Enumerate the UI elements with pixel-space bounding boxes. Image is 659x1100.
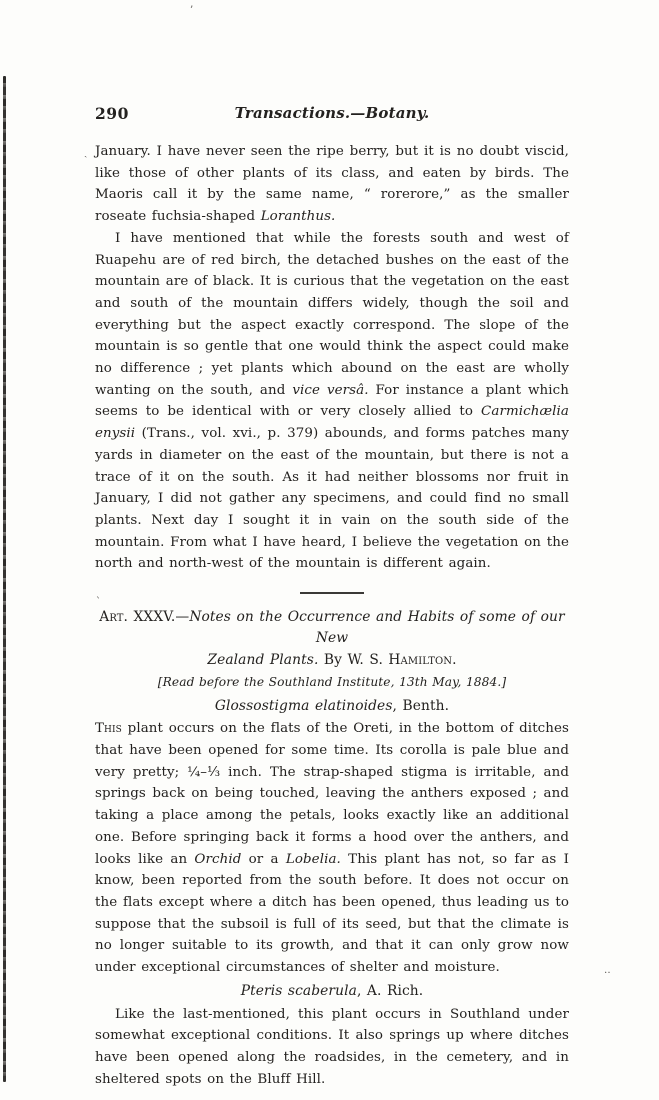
paragraph-glossostigma: This plant occurs on the flats of the Or… bbox=[95, 718, 569, 978]
species-heading-glossostigma: Glossostigma elatinoides, Benth. bbox=[95, 696, 569, 718]
scan-edge-artifact bbox=[3, 76, 6, 1082]
species-name-italic: Glossostigma elatinoides bbox=[215, 698, 393, 714]
paragraph-text: plant occurs on the flats of the Oreti, … bbox=[95, 721, 569, 866]
species-heading-pteris: Pteris scaberula, A. Rich. bbox=[95, 981, 569, 1003]
species-authority: , A. Rich. bbox=[357, 983, 423, 999]
paragraph-ruapehu: I have mentioned that while the forests … bbox=[95, 228, 569, 575]
section-divider-rule bbox=[300, 592, 364, 594]
paragraph-text: (Trans., vol. xvi., p. 379) abounds, and… bbox=[95, 426, 569, 571]
paragraph-text: This plant has not, so far as I know, be… bbox=[95, 852, 569, 976]
latin-phrase-italic: vice versâ. bbox=[292, 383, 368, 398]
article-title-line-1: Art. XXXV.—Notes on the Occurrence and H… bbox=[95, 607, 569, 650]
scan-speck: ’ bbox=[190, 6, 193, 16]
page-header: 290 Transactions.—Botany. bbox=[95, 104, 569, 126]
species-name-italic: Loranthus. bbox=[261, 209, 336, 224]
article-title-line-2: Zealand Plants. By W. S. Hamilton. bbox=[95, 650, 569, 671]
byline: By W. S. bbox=[318, 652, 388, 668]
text-column: 290 Transactions.—Botany. January. I hav… bbox=[95, 104, 569, 1090]
running-title: Transactions.—Botany. bbox=[95, 104, 569, 122]
paragraph-january: January. I have never seen the ripe berr… bbox=[95, 141, 569, 228]
article-title-italic: Notes on the Occurrence and Habits of so… bbox=[189, 609, 564, 646]
scanned-journal-page: ’ ˏ ˋ ‥ 290 Transactions.—Botany. Januar… bbox=[0, 0, 659, 1100]
paragraph-text: Like the last-mentioned, this plant occu… bbox=[95, 1007, 569, 1087]
scan-speck: ‥ bbox=[604, 966, 611, 976]
paragraph-pteris: Like the last-mentioned, this plant occu… bbox=[95, 1004, 569, 1091]
previous-article-continuation: January. I have never seen the ripe berr… bbox=[95, 141, 569, 575]
genus-name-italic: Orchid bbox=[194, 852, 241, 867]
species-authority: , Benth. bbox=[393, 698, 450, 714]
genus-name-italic: Lobelia. bbox=[286, 852, 341, 867]
article-number: Art. XXXV.— bbox=[99, 609, 189, 625]
read-before-note: [Read before the Southland Institute, 13… bbox=[95, 672, 569, 694]
page-number: 290 bbox=[95, 104, 129, 123]
paragraph-text: I have mentioned that while the forests … bbox=[95, 231, 569, 398]
article-title-italic: Zealand Plants. bbox=[207, 652, 318, 668]
article-xxxv: Art. XXXV.—Notes on the Occurrence and H… bbox=[95, 607, 569, 1090]
scan-speck: ˏ bbox=[84, 148, 87, 158]
species-name-italic: Pteris scaberula bbox=[241, 983, 357, 999]
smallcaps-first-word: This bbox=[95, 721, 122, 736]
paragraph-text: or a bbox=[241, 852, 285, 867]
author-name: Hamilton. bbox=[388, 652, 456, 668]
